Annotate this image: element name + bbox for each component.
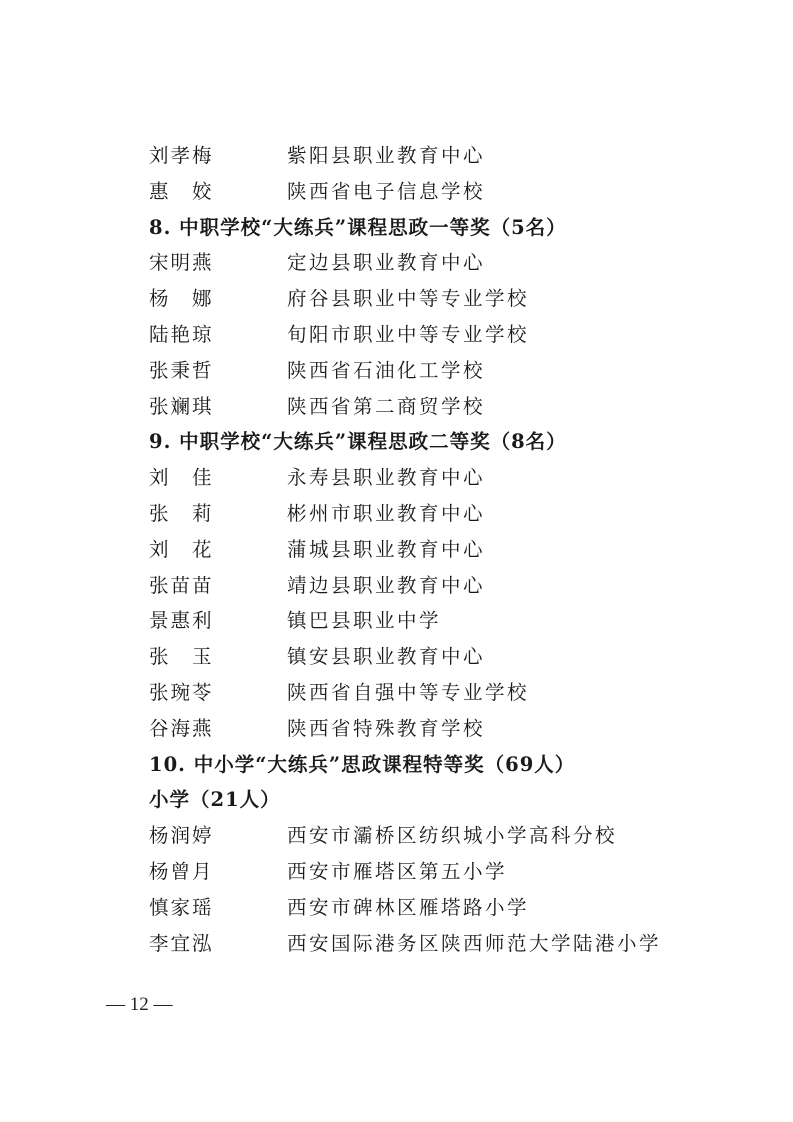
person-name: 张斓琪 bbox=[149, 389, 214, 425]
list-item: 陆艳琼旬阳市职业中等专业学校 bbox=[149, 317, 709, 353]
person-name: 杨 娜 bbox=[149, 281, 214, 317]
section-heading: 8. 中职学校“大练兵”课程思政一等奖（5名） bbox=[149, 210, 709, 246]
person-name: 刘 佳 bbox=[149, 460, 214, 496]
person-name: 张苗苗 bbox=[149, 568, 214, 604]
person-name: 刘孝梅 bbox=[149, 138, 214, 174]
page-number: — 12 — bbox=[106, 994, 173, 1016]
list-item: 刘孝梅紫阳县职业教育中心 bbox=[149, 138, 709, 174]
list-item: 张 玉镇安县职业教育中心 bbox=[149, 639, 709, 675]
organization: 西安国际港务区陕西师范大学陆港小学 bbox=[287, 926, 661, 962]
person-name: 慎家瑶 bbox=[149, 890, 214, 926]
organization: 陕西省电子信息学校 bbox=[287, 174, 485, 210]
person-name: 刘 花 bbox=[149, 532, 214, 568]
organization: 镇安县职业教育中心 bbox=[287, 639, 485, 675]
person-name: 杨曾月 bbox=[149, 854, 214, 890]
document-page: 刘孝梅紫阳县职业教育中心 惠 姣陕西省电子信息学校 8. 中职学校“大练兵”课程… bbox=[0, 0, 793, 1122]
organization: 西安市碑林区雁塔路小学 bbox=[287, 890, 529, 926]
section-heading: 9. 中职学校“大练兵”课程思政二等奖（8名） bbox=[149, 424, 709, 460]
award-list: 刘孝梅紫阳县职业教育中心 惠 姣陕西省电子信息学校 8. 中职学校“大练兵”课程… bbox=[149, 138, 709, 961]
organization: 定边县职业教育中心 bbox=[287, 245, 485, 281]
person-name: 陆艳琼 bbox=[149, 317, 214, 353]
organization: 西安市雁塔区第五小学 bbox=[287, 854, 507, 890]
list-item: 杨曾月西安市雁塔区第五小学 bbox=[149, 854, 709, 890]
organization: 彬州市职业教育中心 bbox=[287, 496, 485, 532]
organization: 镇巴县职业中学 bbox=[287, 603, 441, 639]
organization: 陕西省第二商贸学校 bbox=[287, 389, 485, 425]
list-item: 张斓琪陕西省第二商贸学校 bbox=[149, 389, 709, 425]
subsection-heading: 小学（21人） bbox=[149, 782, 709, 818]
organization: 陕西省石油化工学校 bbox=[287, 353, 485, 389]
person-name: 景惠利 bbox=[149, 603, 214, 639]
person-name: 张 莉 bbox=[149, 496, 214, 532]
person-name: 李宜泓 bbox=[149, 926, 214, 962]
list-item: 宋明燕定边县职业教育中心 bbox=[149, 245, 709, 281]
person-name: 杨润婷 bbox=[149, 818, 214, 854]
list-item: 杨 娜府谷县职业中等专业学校 bbox=[149, 281, 709, 317]
list-item: 刘 佳永寿县职业教育中心 bbox=[149, 460, 709, 496]
organization: 蒲城县职业教育中心 bbox=[287, 532, 485, 568]
organization: 陕西省自强中等专业学校 bbox=[287, 675, 529, 711]
person-name: 谷海燕 bbox=[149, 711, 214, 747]
person-name: 张 玉 bbox=[149, 639, 214, 675]
organization: 永寿县职业教育中心 bbox=[287, 460, 485, 496]
list-item: 张秉哲陕西省石油化工学校 bbox=[149, 353, 709, 389]
list-item: 惠 姣陕西省电子信息学校 bbox=[149, 174, 709, 210]
organization: 旬阳市职业中等专业学校 bbox=[287, 317, 529, 353]
person-name: 惠 姣 bbox=[149, 174, 214, 210]
organization: 府谷县职业中等专业学校 bbox=[287, 281, 529, 317]
list-item: 张 莉彬州市职业教育中心 bbox=[149, 496, 709, 532]
organization: 靖边县职业教育中心 bbox=[287, 568, 485, 604]
list-item: 谷海燕陕西省特殊教育学校 bbox=[149, 711, 709, 747]
list-item: 杨润婷西安市灞桥区纺织城小学高科分校 bbox=[149, 818, 709, 854]
list-item: 刘 花蒲城县职业教育中心 bbox=[149, 532, 709, 568]
organization: 西安市灞桥区纺织城小学高科分校 bbox=[287, 818, 617, 854]
list-item: 慎家瑶西安市碑林区雁塔路小学 bbox=[149, 890, 709, 926]
list-item: 李宜泓西安国际港务区陕西师范大学陆港小学 bbox=[149, 926, 709, 962]
list-item: 景惠利镇巴县职业中学 bbox=[149, 603, 709, 639]
section-heading: 10. 中小学“大练兵”思政课程特等奖（69人） bbox=[149, 747, 709, 783]
organization: 陕西省特殊教育学校 bbox=[287, 711, 485, 747]
person-name: 宋明燕 bbox=[149, 245, 214, 281]
person-name: 张琬苓 bbox=[149, 675, 214, 711]
organization: 紫阳县职业教育中心 bbox=[287, 138, 485, 174]
person-name: 张秉哲 bbox=[149, 353, 214, 389]
list-item: 张苗苗靖边县职业教育中心 bbox=[149, 568, 709, 604]
list-item: 张琬苓陕西省自强中等专业学校 bbox=[149, 675, 709, 711]
